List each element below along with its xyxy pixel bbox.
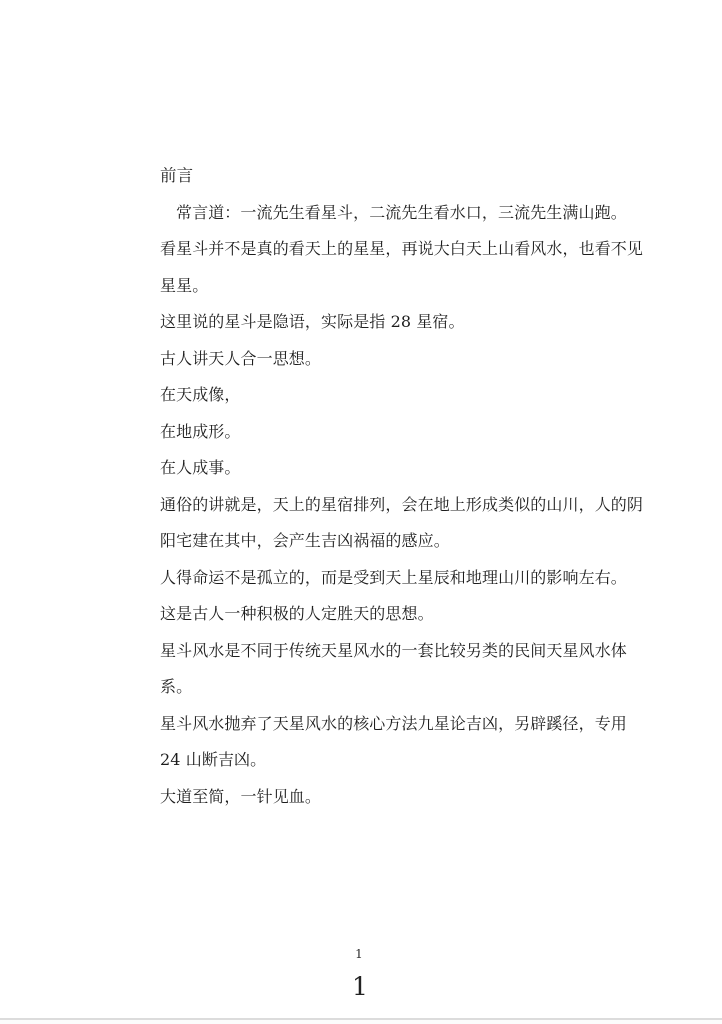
text-line: 星斗风水是不同于传统天星风水的一套比较另类的民间天星风水体 (160, 633, 650, 670)
document-page: 前言 常言道：一流先生看星斗，二流先生看水口，三流先生满山跑。看星斗并不是真的看… (0, 0, 722, 1024)
text-line: 看星斗并不是真的看天上的星星，再说大白天上山看风水，也看不见 (160, 231, 650, 268)
text-line: 这里说的星斗是隐语，实际是指 28 星宿。 (160, 304, 650, 341)
text-line: 通俗的讲就是，天上的星宿排列，会在地上形成类似的山川，人的阴 (160, 487, 650, 524)
text-line: 在人成事。 (160, 450, 650, 487)
text-line: 这是古人一种积极的人定胜天的思想。 (160, 596, 650, 633)
page-title: 前言 (160, 158, 650, 195)
text-line: 星斗风水抛弃了天星风水的核心方法九星论吉凶，另辟蹊径，专用 (160, 706, 650, 743)
text-line: 在天成像， (160, 377, 650, 414)
text-line: 人得命运不是孤立的，而是受到天上星辰和地理山川的影响左右。 (160, 560, 650, 597)
text-line: 24 山断吉凶。 (160, 742, 650, 779)
page-bottom-edge-divider (0, 1018, 722, 1024)
text-line: 古人讲天人合一思想。 (160, 341, 650, 378)
viewer-page-number: 1 (0, 971, 720, 1003)
text-line: 系。 (160, 669, 650, 706)
text-line: 在地成形。 (160, 414, 650, 451)
footer-page-number: 1 (0, 944, 718, 964)
paragraph-lines: 常言道：一流先生看星斗，二流先生看水口，三流先生满山跑。看星斗并不是真的看天上的… (160, 195, 650, 816)
text-line: 阳宅建在其中，会产生吉凶祸福的感应。 (160, 523, 650, 560)
document-body: 前言 常言道：一流先生看星斗，二流先生看水口，三流先生满山跑。看星斗并不是真的看… (160, 158, 650, 815)
text-line: 大道至简，一针见血。 (160, 779, 650, 816)
text-line: 星星。 (160, 268, 650, 305)
text-line: 常言道：一流先生看星斗，二流先生看水口，三流先生满山跑。 (160, 195, 650, 232)
